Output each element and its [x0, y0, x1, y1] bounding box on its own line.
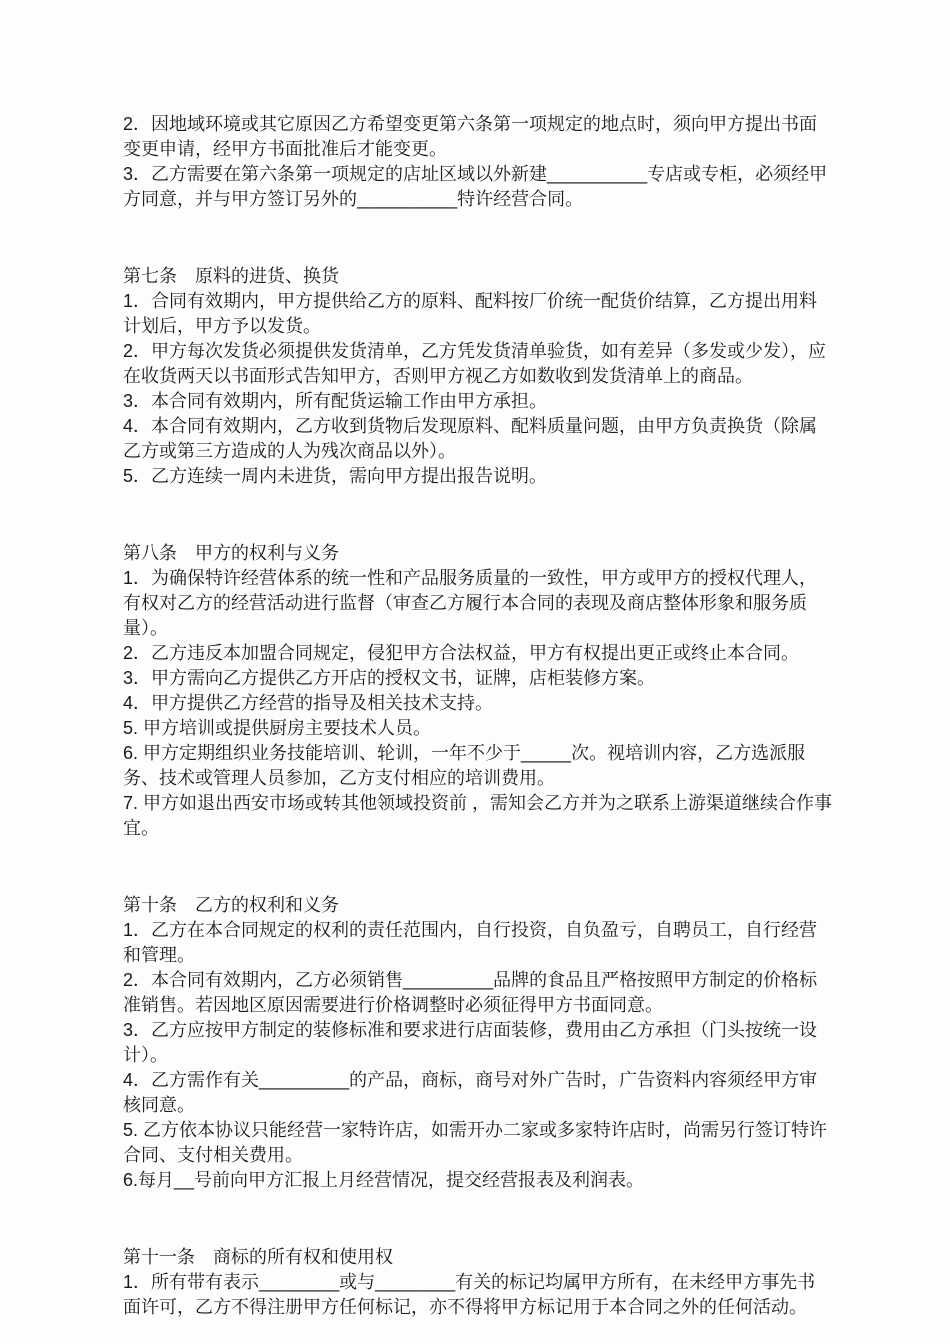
- contract-section: 第七条 原料的进货、换货1．合同有效期内，甲方提供给乙方的原料、配料按厂价统一配…: [123, 264, 833, 489]
- section-heading: 第十一条 商标的所有权和使用权: [123, 1245, 833, 1270]
- contract-section: 2．因地域环境或其它原因乙方希望变更第六条第一项规定的地点时，须向甲方提出书面变…: [123, 112, 833, 212]
- contract-section: 第十条 乙方的权利和义务1．乙方在本合同规定的权利的责任范围内，自行投资，自负盈…: [123, 893, 833, 1193]
- clause-text: 4．本合同有效期内，乙方收到货物后发现原料、配料质量问题，由甲方负责换货（除属乙…: [123, 414, 833, 464]
- clause-text: 7. 甲方如退出西安市场或转其他领域投资前 ，需知会乙方并为之联系上游渠道继续合…: [123, 791, 833, 841]
- clause-text: 6. 甲方定期组织业务技能培训、轮训，一年不少于_____次。视培训内容，乙方选…: [123, 741, 833, 791]
- section-heading: 第十条 乙方的权利和义务: [123, 893, 833, 918]
- clause-text: 1．所有带有表示________或与________有关的标记均属甲方所有，在未…: [123, 1270, 833, 1320]
- clause-text: 3．乙方需要在第六条第一项规定的店址区域以外新建__________专店或专柜，…: [123, 162, 833, 212]
- clause-text: 3．本合同有效期内，所有配货运输工作由甲方承担。: [123, 389, 833, 414]
- clause-text: 1．为确保特许经营体系的统一性和产品服务质量的一致性，甲方或甲方的授权代理人，有…: [123, 566, 833, 641]
- clause-text: 3．乙方应按甲方制定的装修标准和要求进行店面装修，费用由乙方承担（门头按统一设计…: [123, 1018, 833, 1068]
- clause-text: 2．乙方违反本加盟合同规定，侵犯甲方合法权益，甲方有权提出更正或终止本合同。: [123, 641, 833, 666]
- contract-section: 第八条 甲方的权利与义务1．为确保特许经营体系的统一性和产品服务质量的一致性，甲…: [123, 541, 833, 841]
- section-heading: 第八条 甲方的权利与义务: [123, 541, 833, 566]
- clause-text: 5. 甲方培训或提供厨房主要技术人员。: [123, 716, 833, 741]
- clause-text: 1．乙方在本合同规定的权利的责任范围内，自行投资，自负盈亏，自聘员工，自行经营和…: [123, 918, 833, 968]
- clause-text: 2．本合同有效期内，乙方必须销售_________品牌的食品且严格按照甲方制定的…: [123, 968, 833, 1018]
- contract-body: 2．因地域环境或其它原因乙方希望变更第六条第一项规定的地点时，须向甲方提出书面变…: [123, 112, 833, 1320]
- clause-text: 5．乙方连续一周内未进货，需向甲方提出报告说明。: [123, 464, 833, 489]
- clause-text: 4．乙方需作有关_________的产品，商标，商号对外广告时，广告资料内容须经…: [123, 1068, 833, 1118]
- clause-text: 1．合同有效期内，甲方提供给乙方的原料、配料按厂价统一配货价结算，乙方提出用料计…: [123, 289, 833, 339]
- contract-page: 2．因地域环境或其它原因乙方希望变更第六条第一项规定的地点时，须向甲方提出书面变…: [0, 0, 950, 1344]
- clause-text: 4．甲方提供乙方经营的指导及相关技术支持。: [123, 691, 833, 716]
- clause-text: 6.每月__号前向甲方汇报上月经营情况，提交经营报表及利润表。: [123, 1168, 833, 1193]
- section-heading: 第七条 原料的进货、换货: [123, 264, 833, 289]
- clause-text: 5. 乙方依本协议只能经营一家特许店，如需开办二家或多家特许店时，尚需另行签订特…: [123, 1118, 833, 1168]
- clause-text: 3．甲方需向乙方提供乙方开店的授权文书，证牌，店柜装修方案。: [123, 666, 833, 691]
- clause-text: 2．因地域环境或其它原因乙方希望变更第六条第一项规定的地点时，须向甲方提出书面变…: [123, 112, 833, 162]
- contract-section: 第十一条 商标的所有权和使用权1．所有带有表示________或与_______…: [123, 1245, 833, 1320]
- clause-text: 2．甲方每次发货必须提供发货清单，乙方凭发货清单验货，如有差异（多发或少发），应…: [123, 339, 833, 389]
